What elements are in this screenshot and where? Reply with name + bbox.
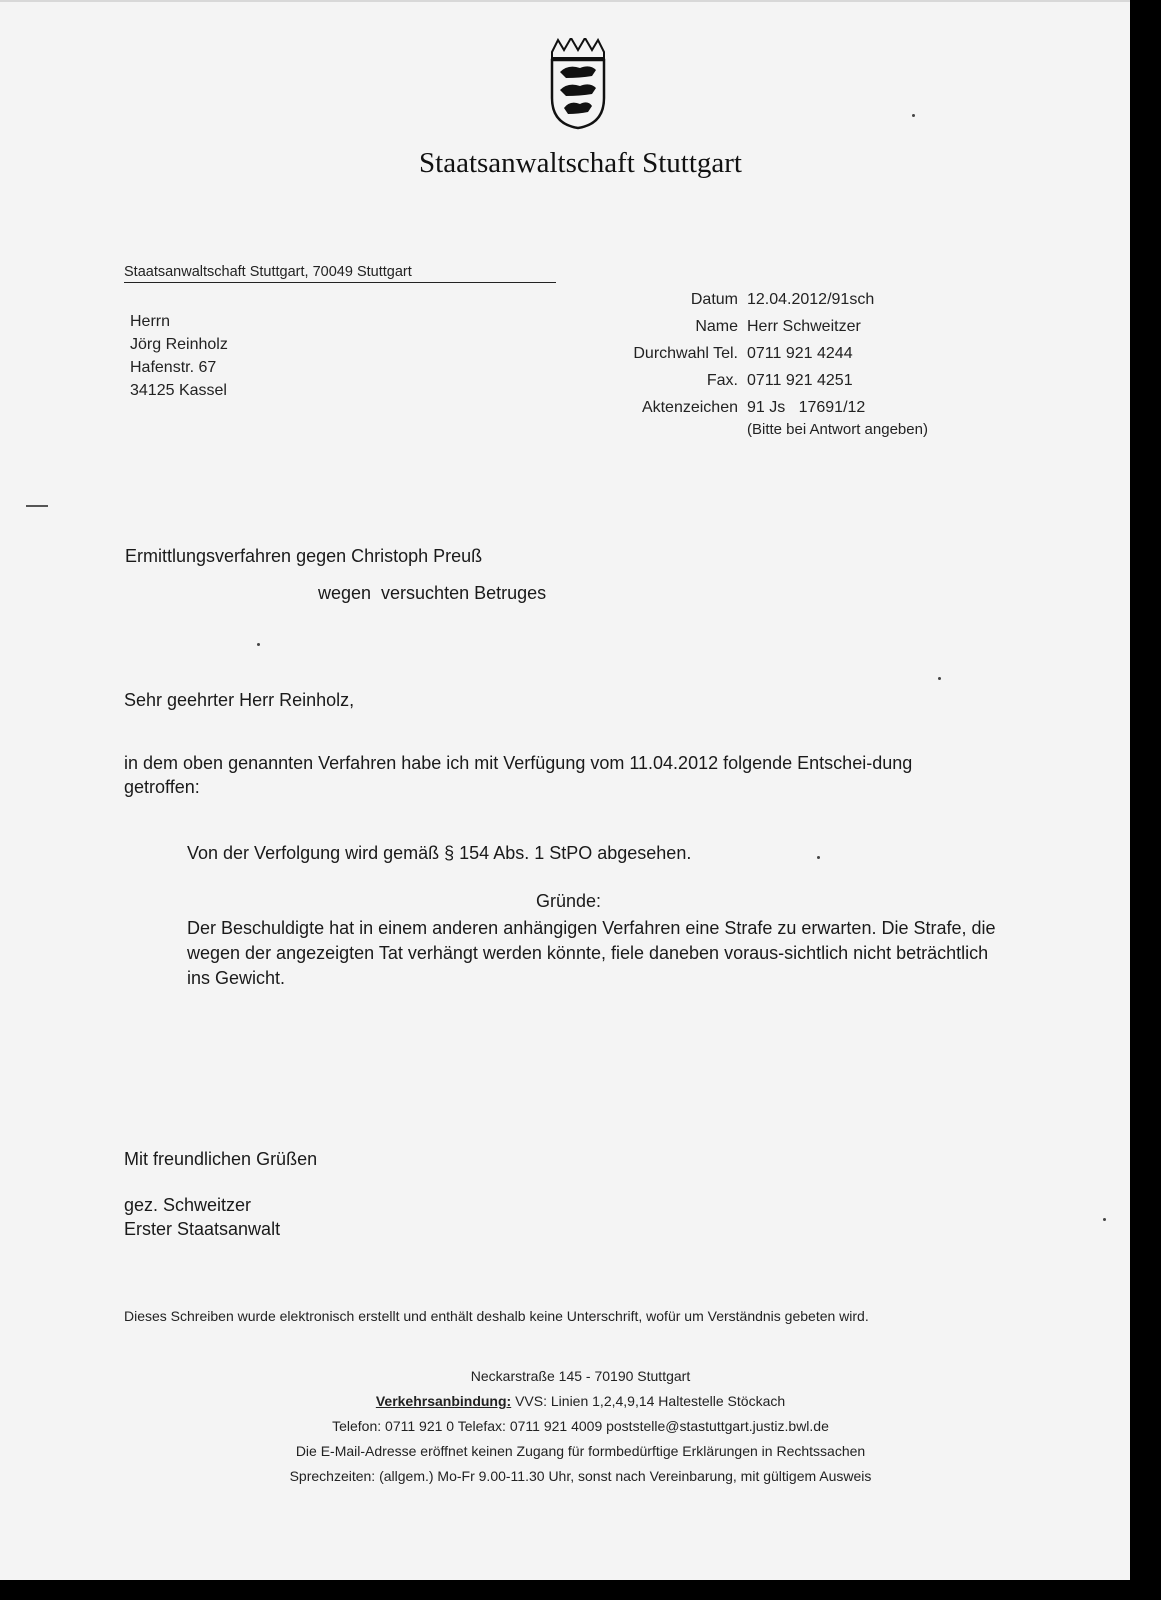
scan-speck [938,677,941,680]
info-row-name: Name Herr Schweitzer [560,318,928,345]
info-value: Herr Schweitzer [747,318,861,336]
info-row-phone: Durchwahl Tel. 0711 921 4244 [560,345,928,372]
agency-title: Staatsanwaltschaft Stuttgart [0,147,1161,180]
scan-edge [0,0,1130,2]
info-value: 12.04.2012/91sch [747,291,874,309]
footer-address: Neckarstraße 145 - 70190 Stuttgart [0,1368,1161,1393]
scan-speck [257,643,260,646]
decision-text: Von der Verfolgung wird gemäß § 154 Abs.… [187,843,691,864]
subject-line: Ermittlungsverfahren gegen Christoph Pre… [125,546,482,567]
info-label: Durchwahl Tel. [560,345,747,363]
info-label: Aktenzeichen [560,399,747,417]
footer-hours: Sprechzeiten: (allgem.) Mo-Fr 9.00-11.30… [0,1468,1161,1493]
signature-name: gez. Schweitzer [124,1193,280,1217]
footer-contact: Telefon: 0711 921 0 Telefax: 0711 921 40… [0,1418,1161,1443]
transit-text: VVS: Linien 1,2,4,9,14 Haltestelle Stöck… [511,1393,785,1409]
electronic-notice: Dieses Schreiben wurde elektronisch erst… [124,1308,869,1324]
scan-speck [912,114,915,117]
info-value: 91 Js 17691/12 [747,399,865,417]
scan-border [0,1580,1161,1600]
scan-speck [817,856,820,859]
info-label: Datum [560,291,747,309]
sender-return-address: Staatsanwaltschaft Stuttgart, 70049 Stut… [124,264,556,283]
signature-block: gez. Schweitzer Erster Staatsanwalt [124,1193,280,1241]
letter-salutation: Sehr geehrter Herr Reinholz, [124,690,354,711]
grounds-paragraph: Der Beschuldigte hat in einem anderen an… [187,916,1007,991]
info-row-date: Datum 12.04.2012/91sch [560,291,928,318]
intro-paragraph: in dem oben genannten Verfahren habe ich… [124,751,984,799]
recipient-salutation: Herrn [130,310,228,333]
reference-note: (Bitte bei Antwort angeben) [560,421,928,438]
info-label: Name [560,318,747,336]
info-label: Fax. [560,372,747,390]
recipient-city: 34125 Kassel [130,379,228,402]
recipient-address: Herrn Jörg Reinholz Hafenstr. 67 34125 K… [130,310,228,402]
fold-mark [26,505,48,507]
reference-info: Datum 12.04.2012/91sch Name Herr Schweit… [560,291,928,438]
grounds-heading: Gründe: [536,891,601,912]
info-value: 0711 921 4244 [747,345,853,363]
recipient-street: Hafenstr. 67 [130,356,228,379]
info-row-fax: Fax. 0711 921 4251 [560,372,928,399]
signature-title: Erster Staatsanwalt [124,1217,280,1241]
letter-page: Staatsanwaltschaft Stuttgart Staatsanwal… [0,0,1130,1580]
subject-charge: wegen versuchten Betruges [318,583,546,604]
scan-speck [1103,1218,1106,1221]
transit-label: Verkehrsanbindung: [376,1393,511,1409]
recipient-name: Jörg Reinholz [130,333,228,356]
closing-greeting: Mit freundlichen Grüßen [124,1149,317,1170]
info-value: 0711 921 4251 [747,372,853,390]
letter-footer: Neckarstraße 145 - 70190 Stuttgart Verke… [0,1368,1161,1493]
footer-transit: Verkehrsanbindung: VVS: Linien 1,2,4,9,1… [0,1393,1161,1418]
footer-email-notice: Die E-Mail-Adresse eröffnet keinen Zugan… [0,1443,1161,1468]
coat-of-arms-icon [546,38,610,130]
